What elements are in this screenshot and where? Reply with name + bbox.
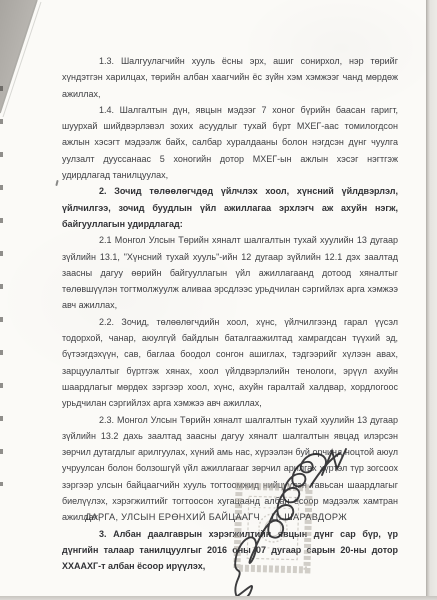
document-paragraph: 2.1 Монгол Улсын Төрийн хяналт шалгалтын… xyxy=(62,232,398,313)
document-paragraph: 2.2. Зочид, төлөөлөгчдийн хоол, хүнс, үй… xyxy=(62,314,398,412)
signature-scribble xyxy=(222,447,352,597)
scan-artifact-ticks xyxy=(0,86,3,486)
document-paragraph: 1.4. Шалгалтын дүн, явцын мэдээг 7 хоног… xyxy=(62,102,398,183)
document-paragraph: 1.3. Шалгуулагчийн хууль ёсны эрх, ашиг … xyxy=(62,53,398,102)
fold-crease xyxy=(0,0,60,130)
scanned-page: 1.3. Шалгуулагчийн хууль ёсны эрх, ашиг … xyxy=(0,0,437,600)
document-paragraph: 2. Зочид төлөөлөгчдөд үйлчлэх хоол, хүнс… xyxy=(62,183,398,232)
paper-edge-bottom xyxy=(0,596,437,600)
paper-edge-right xyxy=(426,0,437,600)
